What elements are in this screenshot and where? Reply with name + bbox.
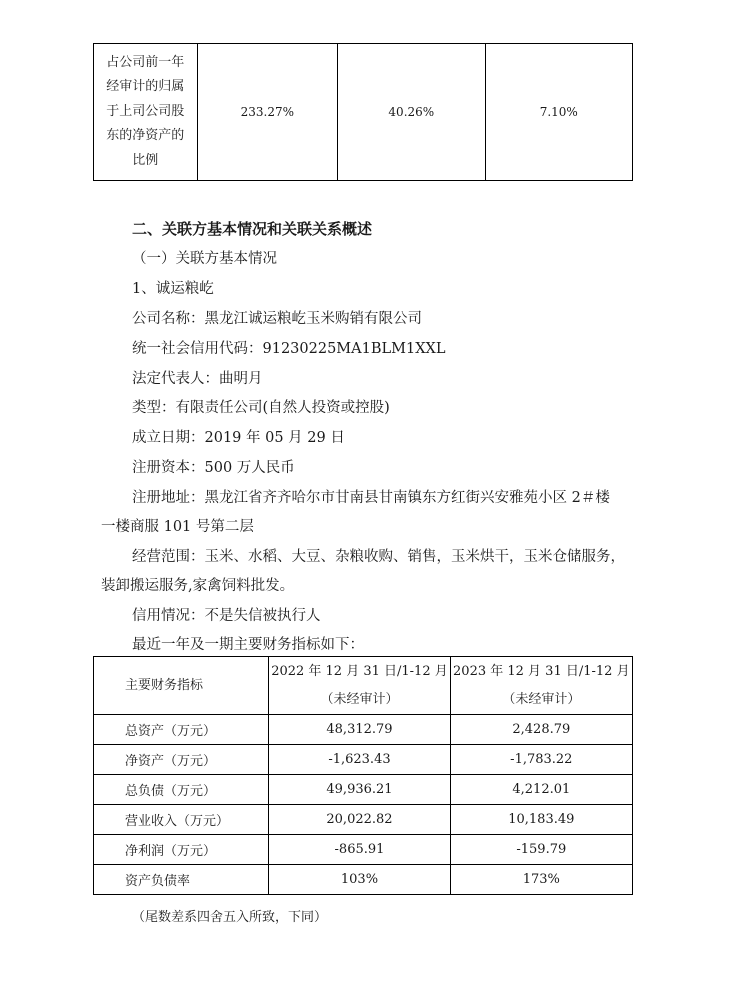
value-2023: 4,212.01 xyxy=(450,775,632,805)
subheading: （一）关联方基本情况 xyxy=(132,247,277,268)
label-line: 东的净资产的 xyxy=(94,124,197,149)
row-label: 总资产（万元） xyxy=(94,715,269,745)
value-2023: 173% xyxy=(450,865,632,895)
section-heading: 二、关联方基本情况和关联关系概述 xyxy=(132,218,372,239)
header-2023-line1: 2023 年 12 月 31 日/1-12 月 xyxy=(451,658,632,686)
company-name: 公司名称：黑龙江诚运粮屹玉米购销有限公司 xyxy=(132,307,422,328)
value-2023: -1,783.22 xyxy=(450,745,632,775)
legal-representative: 法定代表人：曲明月 xyxy=(132,367,263,388)
business-scope-line2: 装卸搬运服务,家禽饲料批发。 xyxy=(101,574,294,595)
row-label: 净利润（万元） xyxy=(94,835,269,865)
value-2022: -865.91 xyxy=(269,835,450,865)
row-label: 营业收入（万元） xyxy=(94,805,269,835)
value-2022: 49,936.21 xyxy=(269,775,450,805)
label-line: 比例 xyxy=(94,149,197,174)
table-row: 占公司前一年 经审计的归属 于上司公司股 东的净资产的 比例 233.27% 4… xyxy=(94,44,633,181)
value-2022: -1,623.43 xyxy=(269,745,450,775)
table-row: 资产负债率 103% 173% xyxy=(94,865,633,895)
header-2022-line1: 2022 年 12 月 31 日/1-12 月 xyxy=(269,658,449,686)
established-date: 成立日期：2019 年 05 月 29 日 xyxy=(132,426,345,447)
header-2022: 2022 年 12 月 31 日/1-12 月 （未经审计） xyxy=(269,657,450,715)
table-row: 总资产（万元） 48,312.79 2,428.79 xyxy=(94,715,633,745)
value-2023: 2,428.79 xyxy=(450,715,632,745)
row-label: 资产负债率 xyxy=(94,865,269,895)
header-indicator: 主要财务指标 xyxy=(94,657,269,715)
table-row: 总负债（万元） 49,936.21 4,212.01 xyxy=(94,775,633,805)
row-label: 净资产（万元） xyxy=(94,745,269,775)
header-2022-line2: （未经审计） xyxy=(269,686,449,714)
table-row: 净利润（万元） -865.91 -159.79 xyxy=(94,835,633,865)
value-cell: 233.27% xyxy=(197,44,338,181)
value-2022: 48,312.79 xyxy=(269,715,450,745)
label-line: 经审计的归属 xyxy=(94,75,197,100)
registered-capital: 注册资本：500 万人民币 xyxy=(132,456,295,477)
label-line: 占公司前一年 xyxy=(94,51,197,76)
registered-address-line2: 一楼商服 101 号第二层 xyxy=(101,515,254,536)
table-row: 营业收入（万元） 20,022.82 10,183.49 xyxy=(94,805,633,835)
header-2023-line2: （未经审计） xyxy=(451,686,632,714)
table-header-row: 主要财务指标 2022 年 12 月 31 日/1-12 月 （未经审计） 20… xyxy=(94,657,633,715)
net-asset-ratio-table: 占公司前一年 经审计的归属 于上司公司股 东的净资产的 比例 233.27% 4… xyxy=(93,43,633,181)
value-cell: 7.10% xyxy=(485,44,632,181)
financial-indicators-table: 主要财务指标 2022 年 12 月 31 日/1-12 月 （未经审计） 20… xyxy=(93,656,633,895)
item-title: 1、诚运粮屹 xyxy=(132,277,214,298)
financial-intro: 最近一年及一期主要财务指标如下： xyxy=(132,633,364,654)
value-2023: 10,183.49 xyxy=(450,805,632,835)
table-row: 净资产（万元） -1,623.43 -1,783.22 xyxy=(94,745,633,775)
value-2023: -159.79 xyxy=(450,835,632,865)
registered-address-line1: 注册地址：黑龙江省齐齐哈尔市甘南县甘南镇东方红街兴安雅苑小区 2＃楼 xyxy=(132,486,610,507)
credit-code: 统一社会信用代码：91230225MA1BLM1XXL xyxy=(132,337,445,358)
row-label: 占公司前一年 经审计的归属 于上司公司股 东的净资产的 比例 xyxy=(94,44,198,181)
header-2023: 2023 年 12 月 31 日/1-12 月 （未经审计） xyxy=(450,657,632,715)
value-2022: 103% xyxy=(269,865,450,895)
credit-status: 信用情况：不是失信被执行人 xyxy=(132,604,321,625)
company-type: 类型：有限责任公司(自然人投资或控股) xyxy=(132,396,390,417)
row-label: 总负债（万元） xyxy=(94,775,269,805)
footnote: （尾数差系四舍五入所致，下同） xyxy=(132,906,327,925)
business-scope-line1: 经营范围：玉米、水稻、大豆、杂粮收购、销售，玉米烘干，玉米仓储服务， xyxy=(132,545,625,566)
label-line: 于上司公司股 xyxy=(94,100,197,125)
value-cell: 40.26% xyxy=(338,44,485,181)
value-2022: 20,022.82 xyxy=(269,805,450,835)
